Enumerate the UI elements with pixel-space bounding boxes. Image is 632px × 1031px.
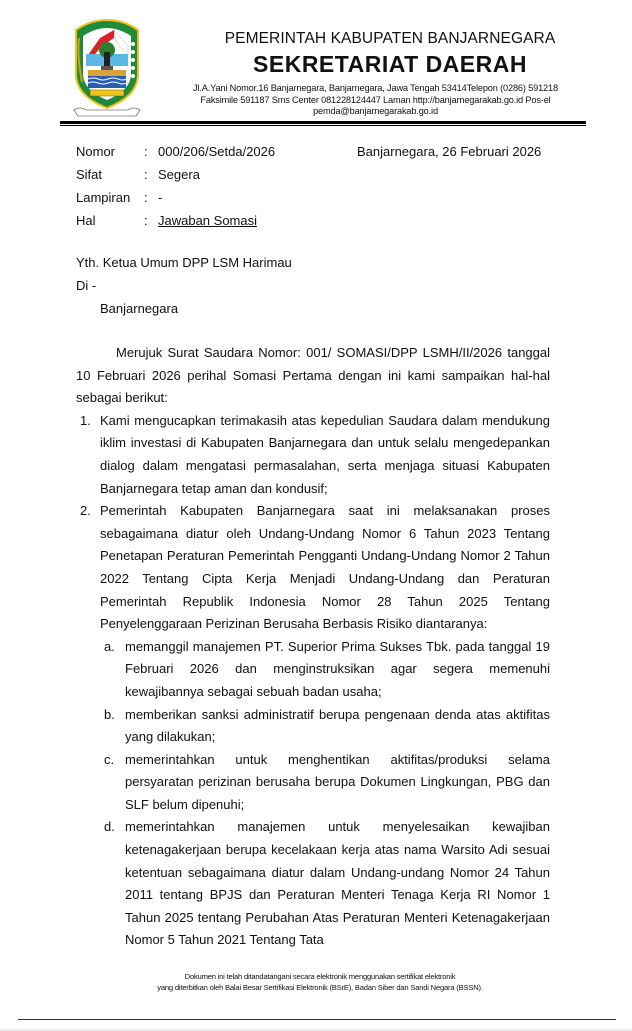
meta-value: - xyxy=(158,190,162,205)
meta-colon: : xyxy=(144,167,158,182)
letterhead-office-name: SEKRETARIAT DAERAH xyxy=(150,51,630,78)
sub-list-item-text: memerintahkan untuk menghentikan aktifit… xyxy=(125,752,550,812)
footer-rule xyxy=(18,1019,616,1020)
meta-label: Sifat xyxy=(76,167,144,182)
sub-list-item: a. memanggil manajemen PT. Superior Prim… xyxy=(100,636,550,704)
address-line: Faksimile 591187 Sms Center 081228124447… xyxy=(163,95,588,107)
meta-row-nomor: Nomor : 000/206/Setda/2026 xyxy=(76,140,275,163)
list-item-text: Pemerintah Kabupaten Banjarnegara saat i… xyxy=(100,503,550,631)
body-content: Merujuk Surat Saudara Nomor: 001/ SOMASI… xyxy=(76,342,550,947)
letter-body: Merujuk Surat Saudara Nomor: 001/ SOMASI… xyxy=(76,342,550,947)
addressee-name: Yth. Ketua Umum DPP LSM Harimau xyxy=(76,251,292,274)
sub-list-item: d. memerintahkan manajemen untuk menyele… xyxy=(100,816,550,947)
meta-label: Lampiran xyxy=(76,190,144,205)
meta-colon: : xyxy=(144,190,158,205)
list-marker: 1. xyxy=(80,410,91,433)
meta-label: Nomor xyxy=(76,144,144,159)
place-date: Banjarnegara, 26 Februari 2026 xyxy=(357,140,541,163)
sub-list-marker: c. xyxy=(104,749,114,772)
footer-line: yang diterbitkan oleh Balai Besar Sertif… xyxy=(100,983,540,994)
numbered-list: 1. Kami mengucapkan terimakasih atas kep… xyxy=(76,410,550,947)
sub-list-marker: d. xyxy=(104,816,115,839)
meta-row-sifat: Sifat : Segera xyxy=(76,163,275,186)
footer-line: Dokumen ini telah ditandatangani secara … xyxy=(100,972,540,983)
intro-paragraph: Merujuk Surat Saudara Nomor: 001/ SOMASI… xyxy=(76,342,550,410)
meta-value-subject: Jawaban Somasi xyxy=(158,213,257,228)
list-item-text: Kami mengucapkan terimakasih atas kepedu… xyxy=(100,413,550,496)
kabupaten-emblem-icon xyxy=(70,16,144,120)
meta-row-lampiran: Lampiran : - xyxy=(76,186,275,209)
e-signature-note: Dokumen ini telah ditandatangani secara … xyxy=(100,972,540,993)
address-line: pemda@banjarnegarakab.go.id xyxy=(163,106,588,118)
meta-colon: : xyxy=(144,144,158,159)
meta-value: 000/206/Setda/2026 xyxy=(158,144,275,159)
list-item: 2. Pemerintah Kabupaten Banjarnegara saa… xyxy=(76,500,550,947)
sub-list-marker: b. xyxy=(104,704,115,727)
meta-row-hal: Hal : Jawaban Somasi xyxy=(76,209,275,232)
letter-meta: Nomor : 000/206/Setda/2026 Sifat : Seger… xyxy=(76,140,275,232)
sub-list: a. memanggil manajemen PT. Superior Prim… xyxy=(100,636,550,947)
address-line: Jl.A.Yani Nomor.16 Banjarnegara, Banjarn… xyxy=(163,83,588,95)
meta-colon: : xyxy=(144,213,158,228)
sub-list-item-text: memberikan sanksi administratif berupa p… xyxy=(125,707,550,745)
meta-value: Segera xyxy=(158,167,200,182)
sub-list-item: b. memberikan sanksi administratif berup… xyxy=(100,704,550,749)
addressee-city: Banjarnegara xyxy=(76,297,292,320)
sub-list-item-text: memerintahkan manajemen untuk menyelesai… xyxy=(125,819,550,947)
list-item: 1. Kami mengucapkan terimakasih atas kep… xyxy=(76,410,550,500)
letterhead-government-name: PEMERINTAH KABUPATEN BANJARNEGARA xyxy=(150,30,630,48)
letterhead-rule xyxy=(60,121,586,124)
meta-label: Hal xyxy=(76,213,144,228)
letterhead-rule-thin xyxy=(60,125,586,126)
list-marker: 2. xyxy=(80,500,91,523)
sub-list-item: c. memerintahkan untuk menghentikan akti… xyxy=(100,749,550,817)
addressee: Yth. Ketua Umum DPP LSM Harimau Di - Ban… xyxy=(76,251,292,320)
letterhead-address: Jl.A.Yani Nomor.16 Banjarnegara, Banjarn… xyxy=(163,83,588,118)
sub-list-item-text: memanggil manajemen PT. Superior Prima S… xyxy=(125,639,550,699)
sub-list-marker: a. xyxy=(104,636,115,659)
addressee-di: Di - xyxy=(76,274,292,297)
